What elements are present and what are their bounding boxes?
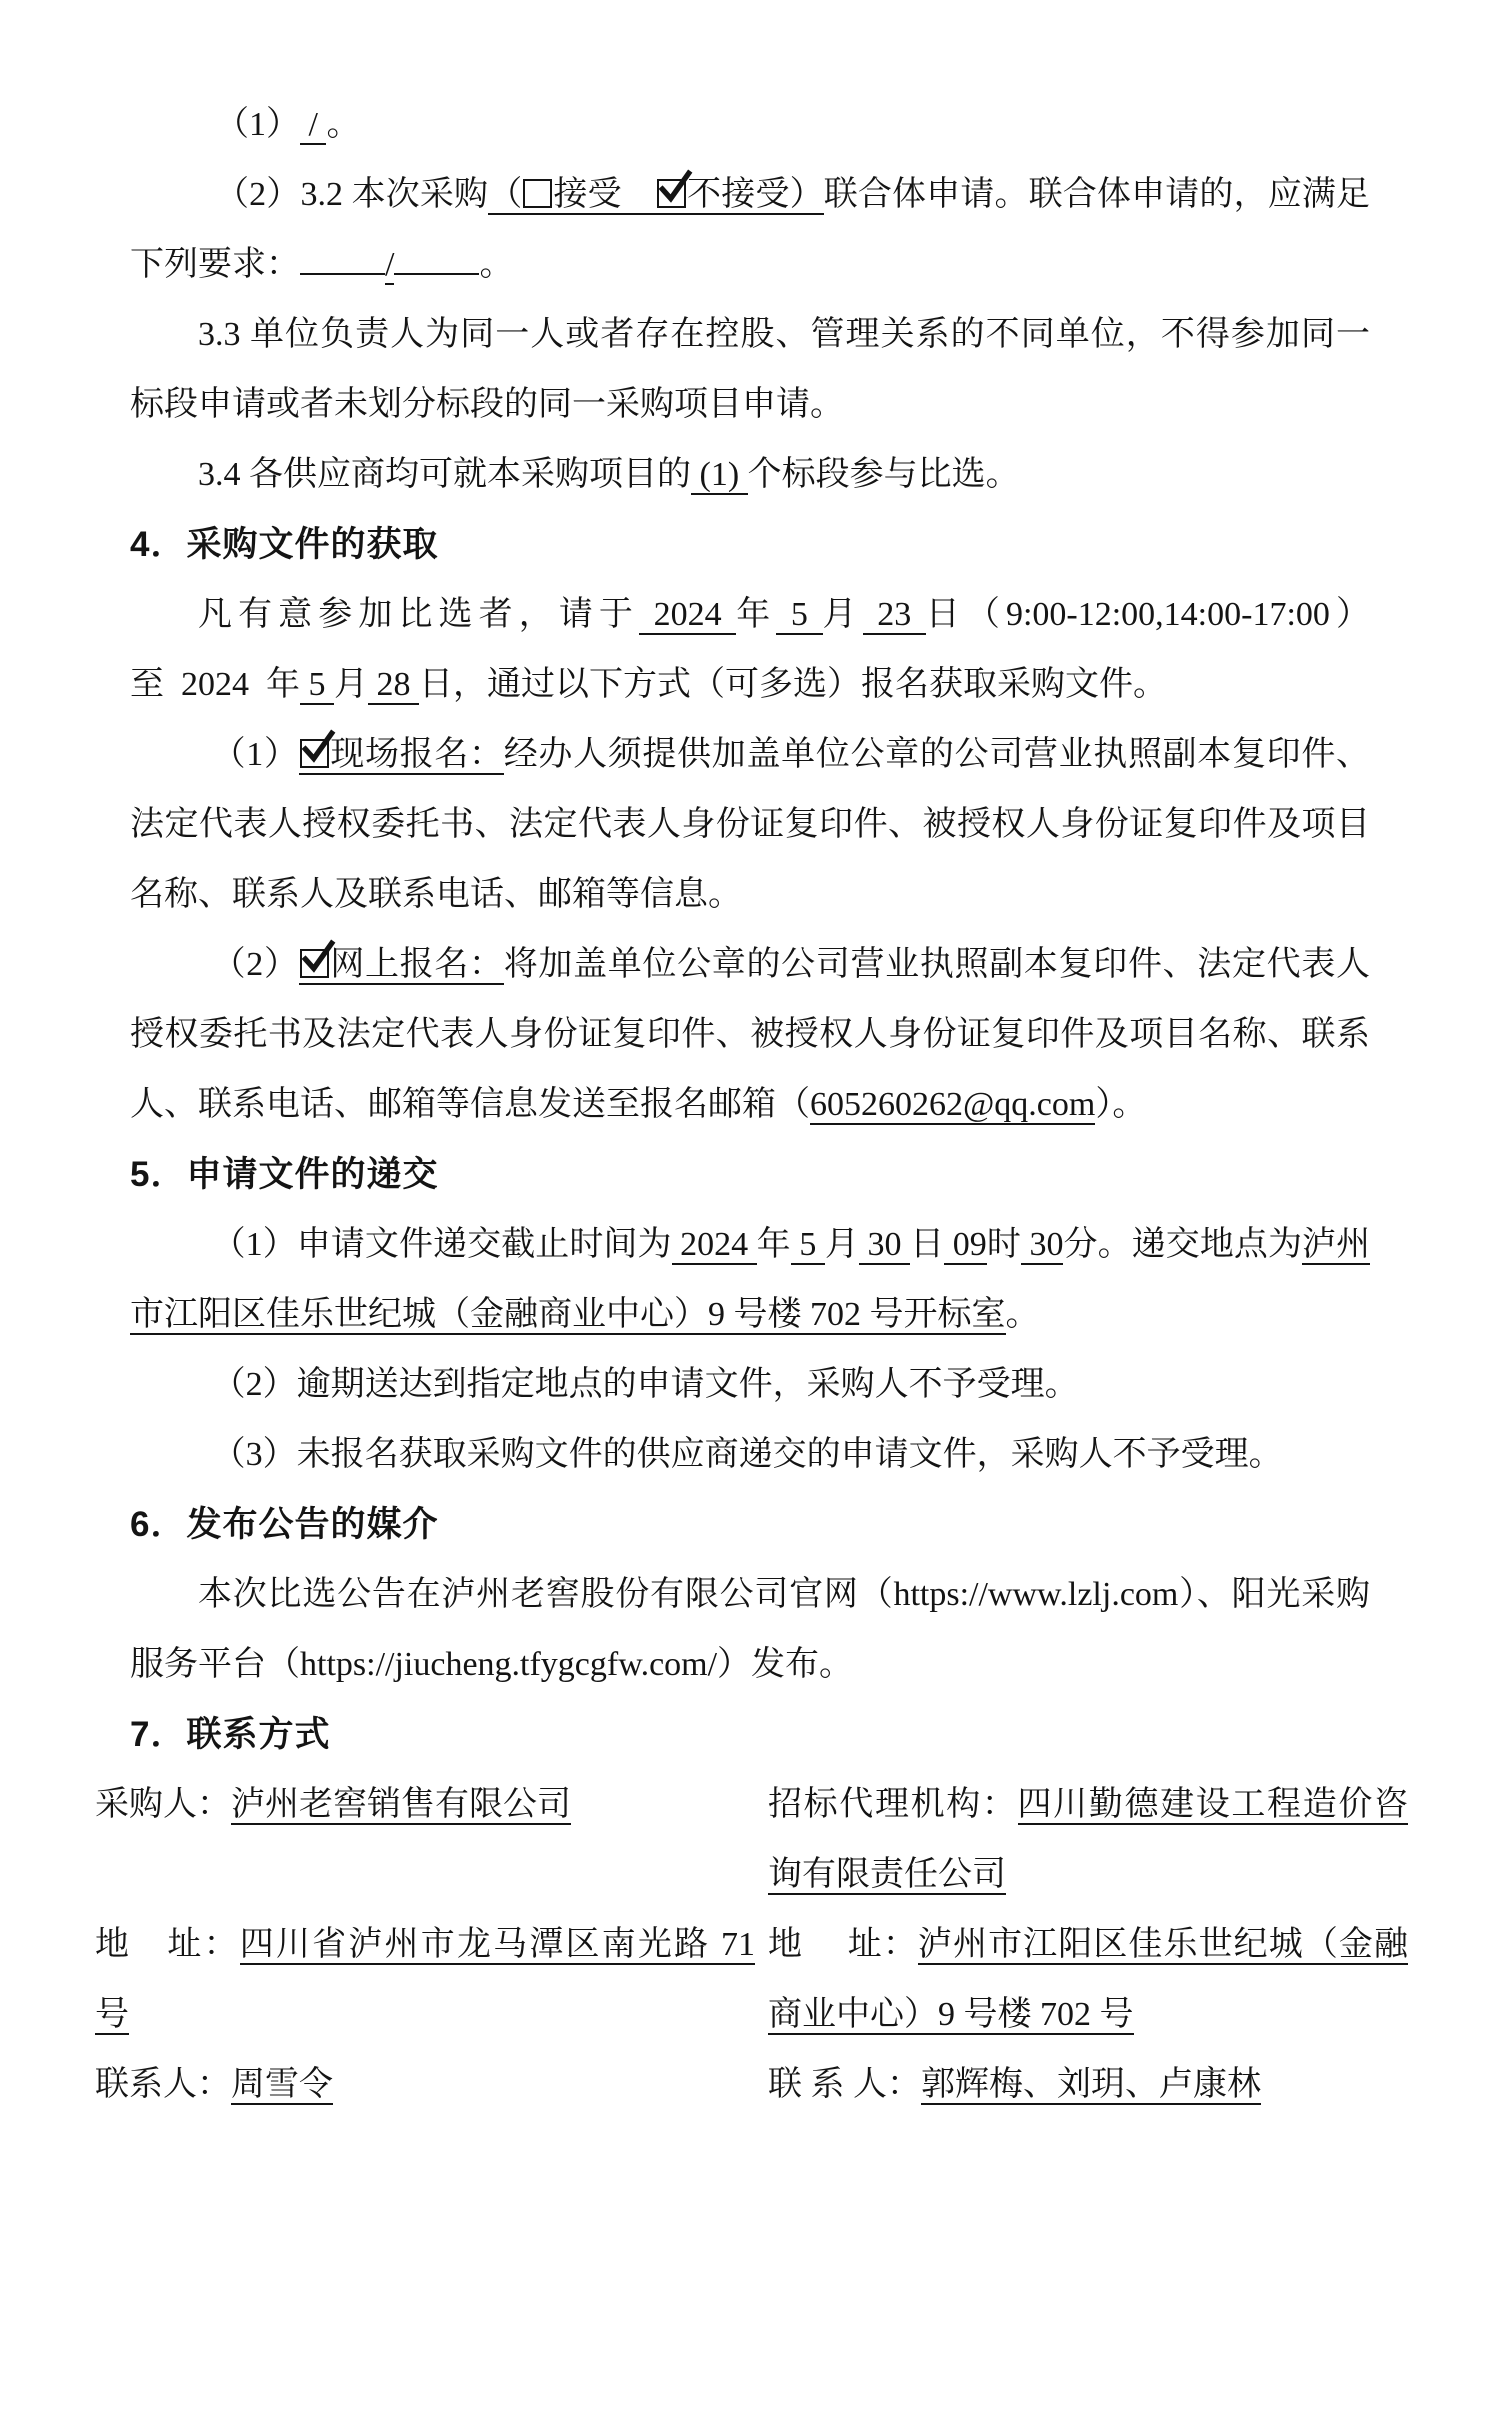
- checkbox-unchecked-icon: [523, 179, 552, 208]
- underlined-text: 接受: [553, 176, 656, 215]
- contact-cell-right-0: 招标代理机构：四川勤德建设工程造价咨询有限责任公司: [768, 1770, 1408, 1910]
- submission-late-rule: （2）逾期送达到指定地点的申请文件，采购人不予受理。: [130, 1350, 1370, 1420]
- text-run: 日，通过以下方式（可多选）报名获取采购文件。: [419, 666, 1167, 703]
- clause-3-4-sections: 3.4 各供应商均可就本采购项目的 (1) 个标段参与比选。: [130, 440, 1370, 510]
- text-run: （2）: [212, 946, 299, 983]
- contact-cell-left-1: 地 址：四川省泸州市龙马潭区南光路 71 号: [95, 1910, 755, 2050]
- text-run: 年: [757, 1226, 791, 1263]
- clause-3-3-same-controller: 3.3 单位负责人为同一人或者存在控股、管理关系的不同单位，不得参加同一标段申请…: [130, 300, 1370, 440]
- text-run: 3.4 各供应商均可就本采购项目的: [198, 456, 691, 493]
- checkbox-wrap: [299, 946, 330, 985]
- section-7-heading: 7．联系方式: [130, 1700, 1370, 1770]
- text-run: （3）未报名获取采购文件的供应商递交的申请文件，采购人不予受理。: [212, 1436, 1283, 1473]
- registration-online: （2）网上报名：将加盖单位公章的公司营业执照副本复印件、法定代表人授权委托书及法…: [130, 930, 1370, 1140]
- underlined-text: /: [385, 246, 394, 285]
- underlined-text: 郭辉梅、刘玥、卢康林: [921, 2066, 1261, 2105]
- contact-cell-right-2: 联 系 人：郭辉梅、刘玥、卢康林: [768, 2050, 1408, 2120]
- underlined-text: 不接受）: [687, 176, 824, 215]
- underlined-text: (1): [691, 456, 748, 495]
- underlined-text: 网上报名：: [330, 946, 504, 985]
- text-run: 。: [326, 106, 360, 143]
- underlined-text: 23: [863, 596, 926, 635]
- checkbox-checked-icon: [300, 949, 329, 978]
- section-4-intro: 凡有意参加比选者，请于 2024 年 5 月 23 日（9:00-12:00,1…: [130, 580, 1370, 720]
- checkbox-checked-icon: [657, 179, 686, 208]
- submission-unregistered-rule: （3）未报名获取采购文件的供应商递交的申请文件，采购人不予受理。: [130, 1420, 1370, 1490]
- text-run: 采购人：: [95, 1786, 231, 1823]
- text-run: 本次比选公告在泸州老窖股份有限公司官网（https://www.lzlj.com…: [130, 1576, 1370, 1683]
- text-run: 日（9:00-12:00,14:00-17:00）: [926, 596, 1370, 633]
- underlined-text: （: [488, 176, 522, 215]
- text-run: 6．发布公告的媒介: [130, 1505, 438, 1544]
- text-run: （1）: [212, 736, 299, 773]
- underlined-text: /: [300, 106, 326, 145]
- underlined-text: 周雪令: [231, 2066, 333, 2105]
- clause-3-1-item-1: （1） / 。: [130, 90, 1370, 160]
- text-run: 日: [910, 1226, 944, 1263]
- text-run: 年: [266, 666, 300, 703]
- text-run: 联 系 人：: [768, 2066, 921, 2103]
- underlined-text: 现场报名：: [330, 736, 504, 775]
- underlined-text: 28: [368, 666, 419, 705]
- text-run: 月: [334, 666, 368, 703]
- text-run: 个标段参与比选。: [748, 456, 1020, 493]
- section-5-heading: 5．申请文件的递交: [130, 1140, 1370, 1210]
- contact-section: 采购人：泸州老窖销售有限公司招标代理机构：四川勤德建设工程造价咨询有限责任公司地…: [95, 1770, 1500, 2120]
- text-run: （1）: [215, 106, 300, 143]
- text-run: 7．联系方式: [130, 1715, 330, 1754]
- text-run: 时: [987, 1226, 1021, 1263]
- underlined-text: 泸州老窖销售有限公司: [231, 1786, 571, 1825]
- announcement-media: 本次比选公告在泸州老窖股份有限公司官网（https://www.lzlj.com…: [130, 1560, 1370, 1700]
- underlined-text: 5: [791, 1226, 825, 1265]
- text-run: 5．申请文件的递交: [130, 1155, 438, 1194]
- underlined-text: 5: [300, 666, 334, 705]
- text-run: 联系人：: [95, 2066, 231, 2103]
- document-body: （1） / 。（2）3.2 本次采购（接受 不接受）联合体申请。联合体申请的，应…: [0, 0, 1500, 1770]
- underlined-text: 2024: [639, 596, 736, 635]
- underlined-text: 09: [944, 1226, 987, 1265]
- text-run: 地 址：: [768, 1926, 918, 1963]
- text-run: （2）逾期送达到指定地点的申请文件，采购人不予受理。: [212, 1366, 1079, 1403]
- text-run: 至 2024: [130, 666, 266, 703]
- checkbox-wrap: [299, 736, 330, 775]
- text-run: 分。递交地点为: [1063, 1226, 1302, 1263]
- submission-deadline: （1）申请文件递交截止时间为 2024 年 5 月 30 日 09时 30分。递…: [130, 1210, 1370, 1350]
- text-run: 年: [736, 596, 776, 633]
- contact-cell-left-0: 采购人：泸州老窖销售有限公司: [95, 1770, 755, 1910]
- contact-cell-right-1: 地 址：泸州市江阳区佳乐世纪城（金融商业中心）9 号楼 702 号: [768, 1910, 1408, 2050]
- blank-underline: [300, 243, 385, 275]
- text-run: 4．采购文件的获取: [130, 525, 438, 564]
- checkbox-wrap: [656, 176, 687, 215]
- checkbox-wrap: [522, 176, 553, 215]
- text-run: ）。: [1095, 1086, 1146, 1123]
- underlined-text: 2024: [672, 1226, 757, 1265]
- clause-3-2-consortium: （2）3.2 本次采购（接受 不接受）联合体申请。联合体申请的，应满足下列要求：…: [130, 160, 1370, 300]
- text-run: 地 址：: [95, 1926, 240, 1963]
- blank-underline: [394, 243, 479, 275]
- section-6-heading: 6．发布公告的媒介: [130, 1490, 1370, 1560]
- text-run: 。: [1006, 1296, 1040, 1333]
- text-run: 3.3 单位负责人为同一人或者存在控股、管理关系的不同单位，不得参加同一标段申请…: [130, 316, 1370, 423]
- checkbox-checked-icon: [300, 739, 329, 768]
- underlined-text: 30: [859, 1226, 910, 1265]
- text-run: 月: [825, 1226, 859, 1263]
- text-run: 。: [479, 246, 513, 283]
- text-run: 凡有意参加比选者，请于: [198, 596, 639, 633]
- text-run: （1）申请文件递交截止时间为: [212, 1226, 672, 1263]
- text-run: 月: [823, 596, 863, 633]
- underlined-text: 30: [1021, 1226, 1064, 1265]
- text-run: （2）3.2 本次采购: [215, 176, 488, 213]
- underlined-text: 5: [776, 596, 822, 635]
- underlined-text: 605260262@qq.com: [810, 1086, 1095, 1125]
- contact-cell-left-2: 联系人：周雪令: [95, 2050, 755, 2120]
- registration-onsite: （1）现场报名：经办人须提供加盖单位公章的公司营业执照副本复印件、法定代表人授权…: [130, 720, 1370, 930]
- text-run: 招标代理机构：: [768, 1786, 1018, 1823]
- section-4-heading: 4．采购文件的获取: [130, 510, 1370, 580]
- document-page: （1） / 。（2）3.2 本次采购（接受 不接受）联合体申请。联合体申请的，应…: [0, 0, 1500, 2418]
